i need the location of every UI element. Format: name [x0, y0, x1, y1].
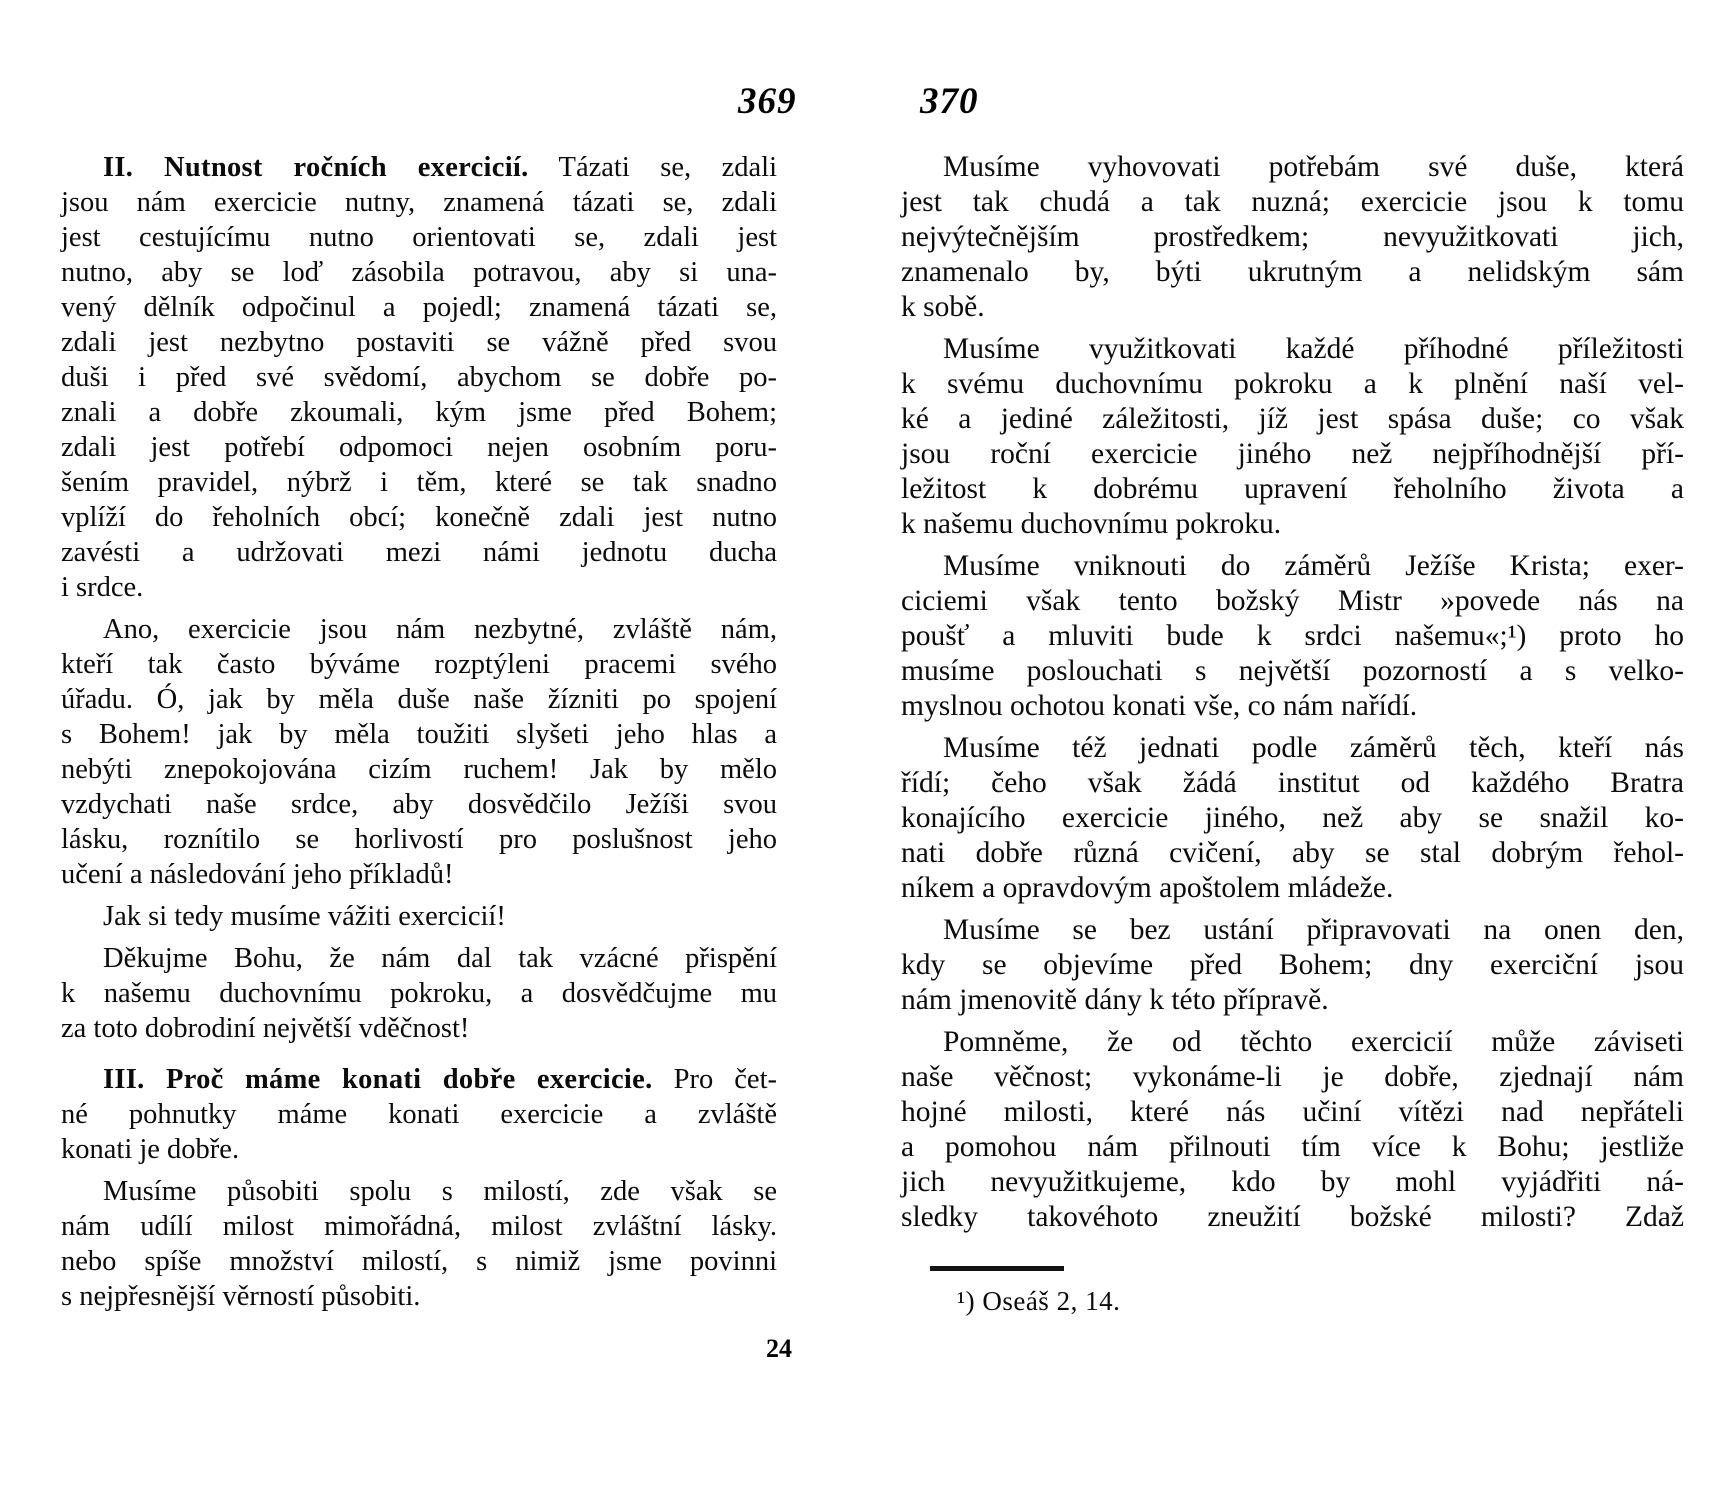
text-line: níkem a opravdovým apoštolem mládeže.	[901, 871, 1684, 906]
text-line: Jak si tedy musíme vážiti exercicií!	[61, 899, 777, 934]
paragraph: Musíme se bez ustání připravovati na one…	[901, 913, 1684, 1018]
text-line: III. Proč máme konati dobře exercicie. P…	[61, 1062, 777, 1097]
section-paragraph: III. Proč máme konati dobře exercicie. P…	[61, 1062, 777, 1167]
text-line: vzdychati naše srdce, aby dosvědčilo Jež…	[61, 787, 777, 822]
printers-signature: 24	[766, 1334, 792, 1364]
text-line: myslnou ochotou konati vše, co nám naříd…	[901, 689, 1684, 724]
text-line: nejvýtečnějším prostředkem; nevyužitkova…	[901, 220, 1684, 255]
text-line: znamenalo by, býti ukrutným a nelidským …	[901, 255, 1684, 290]
text-line: Musíme též jednati podle záměrů těch, kt…	[901, 731, 1684, 766]
text-line: duši i před své svědomí, abychom se dobř…	[61, 360, 777, 395]
text-line: II. Nutnost ročních exercicií. Tázati se…	[61, 150, 777, 185]
text-line: zavésti a udržovati mezi námi jednotu du…	[61, 535, 777, 570]
page-370-text-column: Musíme vyhovovati potřebám své duše, kte…	[901, 150, 1684, 1242]
paragraph: Pomněme, že od těchto exercicií může záv…	[901, 1025, 1684, 1235]
text-line: jich nevyužitkujeme, kdo by mohl vyjádři…	[901, 1165, 1684, 1200]
text-line: úřadu. Ó, jak by měla duše naše žízniti …	[61, 682, 777, 717]
text-line: ké a jediné záležitosti, jíž jest spása …	[901, 402, 1684, 437]
text-line: k sobě.	[901, 290, 1684, 325]
text-line: Musíme působiti spolu s milostí, zde vša…	[61, 1174, 777, 1209]
text-line: ležitost k dobrému upravení řeholního ži…	[901, 472, 1684, 507]
text-line: k našemu duchovnímu pokroku.	[901, 507, 1684, 542]
text-line: nebo spíše množství milostí, s nimiž jsm…	[61, 1244, 777, 1279]
text-line: zdali jest nezbytno postaviti se vážně p…	[61, 325, 777, 360]
text-line: Musíme vyhovovati potřebám své duše, kte…	[901, 150, 1684, 185]
text-line: k svému duchovnímu pokroku a k plnění na…	[901, 367, 1684, 402]
text-line: né pohnutky máme konati exercicie a zvlá…	[61, 1097, 777, 1132]
text-line: Děkujme Bohu, že nám dal tak vzácné přis…	[61, 941, 777, 976]
text-line: nutno, aby se loď zásobila potravou, aby…	[61, 255, 777, 290]
text-line: nebýti znepokojována cizím ruchem! Jak b…	[61, 752, 777, 787]
text-line: Musíme vniknouti do záměrů Ježíše Krista…	[901, 549, 1684, 584]
section-paragraph: II. Nutnost ročních exercicií. Tázati se…	[61, 150, 777, 605]
text-line: Ano, exercicie jsou nám nezbytné, zvlášt…	[61, 612, 777, 647]
text-line: kteří tak často býváme rozptýleni pracem…	[61, 647, 777, 682]
text-line: zdali jest potřebí odpomoci nejen osobní…	[61, 430, 777, 465]
section-heading: III. Proč máme konati dobře exercicie.	[103, 1064, 653, 1095]
text-line: za toto dobrodiní největší vděčnost!	[61, 1011, 777, 1046]
text-line: a pomohou nám přilnouti tím více k Bohu;…	[901, 1130, 1684, 1165]
text-line: poušť a mluviti bude k srdci našemu«;¹) …	[901, 619, 1684, 654]
text-line: vplíží do řeholních obcí; konečně zdali …	[61, 500, 777, 535]
text-line: sledky takovéhoto zneužití božské milost…	[901, 1200, 1684, 1235]
paragraph: Musíme působiti spolu s milostí, zde vša…	[61, 1174, 777, 1314]
text-line: znali a dobře zkoumali, kým jsme před Bo…	[61, 395, 777, 430]
text-line: lásku, roznítilo se horlivostí pro poslu…	[61, 822, 777, 857]
text-line: jest tak chudá a tak nuzná; exercicie js…	[901, 185, 1684, 220]
text-line: řídí; čeho však žádá institut od každého…	[901, 766, 1684, 801]
text-line: Pomněme, že od těchto exercicií může záv…	[901, 1025, 1684, 1060]
paragraph: Musíme též jednati podle záměrů těch, kt…	[901, 731, 1684, 906]
text-line: hojné milosti, které nás učiní vítězi na…	[901, 1095, 1684, 1130]
text-line: naše věčnost; vykonáme-li je dobře, zjed…	[901, 1060, 1684, 1095]
text-line: nám udílí milost mimořádná, milost zvláš…	[61, 1209, 777, 1244]
page-number-left: 369	[738, 80, 797, 123]
text-line: kdy se objevíme před Bohem; dny exercičn…	[901, 948, 1684, 983]
text-line: i srdce.	[61, 570, 777, 605]
paragraph: Děkujme Bohu, že nám dal tak vzácné přis…	[61, 941, 777, 1046]
page-number-right: 370	[920, 80, 979, 123]
text-line: vený dělník odpočinul a pojedl; znamená …	[61, 290, 777, 325]
text-line: Musíme se bez ustání připravovati na one…	[901, 913, 1684, 948]
text-line: s nejpřesnější věrností působiti.	[61, 1279, 777, 1314]
text-line: jsou nám exercicie nutny, znamená tázati…	[61, 185, 777, 220]
paragraph: Musíme vniknouti do záměrů Ježíše Krista…	[901, 549, 1684, 724]
paragraph: Musíme vyhovovati potřebám své duše, kte…	[901, 150, 1684, 325]
page-369-text-column: II. Nutnost ročních exercicií. Tázati se…	[61, 150, 777, 1321]
text-line: musíme poslouchati s největší pozorností…	[901, 654, 1684, 689]
footnote: ¹) Oseáš 2, 14.	[957, 1286, 1120, 1317]
text-line: ciciemi však tento božský Mistr »povede …	[901, 584, 1684, 619]
paragraph: Jak si tedy musíme vážiti exercicií!	[61, 899, 777, 934]
book-spread: 369 370 II. Nutnost ročních exercicií. T…	[0, 0, 1716, 1500]
section-heading: II. Nutnost ročních exercicií.	[103, 152, 529, 183]
footnote-rule	[930, 1266, 1064, 1271]
text-line: k našemu duchovnímu pokroku, a dosvědčuj…	[61, 976, 777, 1011]
paragraph: Musíme využitkovati každé příhodné příle…	[901, 332, 1684, 542]
text-line: šením pravidel, nýbrž i těm, které se ta…	[61, 465, 777, 500]
text-line: nám jmenovitě dány k této přípravě.	[901, 983, 1684, 1018]
text-line: jsou roční exercicie jiného než nejpřího…	[901, 437, 1684, 472]
text-line: učení a následování jeho příkladů!	[61, 857, 777, 892]
text-line: konati je dobře.	[61, 1132, 777, 1167]
text-line: nati dobře různá cvičení, aby se stal do…	[901, 836, 1684, 871]
text-line: s Bohem! jak by měla toužiti slyšeti jeh…	[61, 717, 777, 752]
text-line: konajícího exercicie jiného, než aby se …	[901, 801, 1684, 836]
paragraph: Ano, exercicie jsou nám nezbytné, zvlášt…	[61, 612, 777, 892]
text-line: Musíme využitkovati každé příhodné příle…	[901, 332, 1684, 367]
text-line: jest cestujícímu nutno orientovati se, z…	[61, 220, 777, 255]
